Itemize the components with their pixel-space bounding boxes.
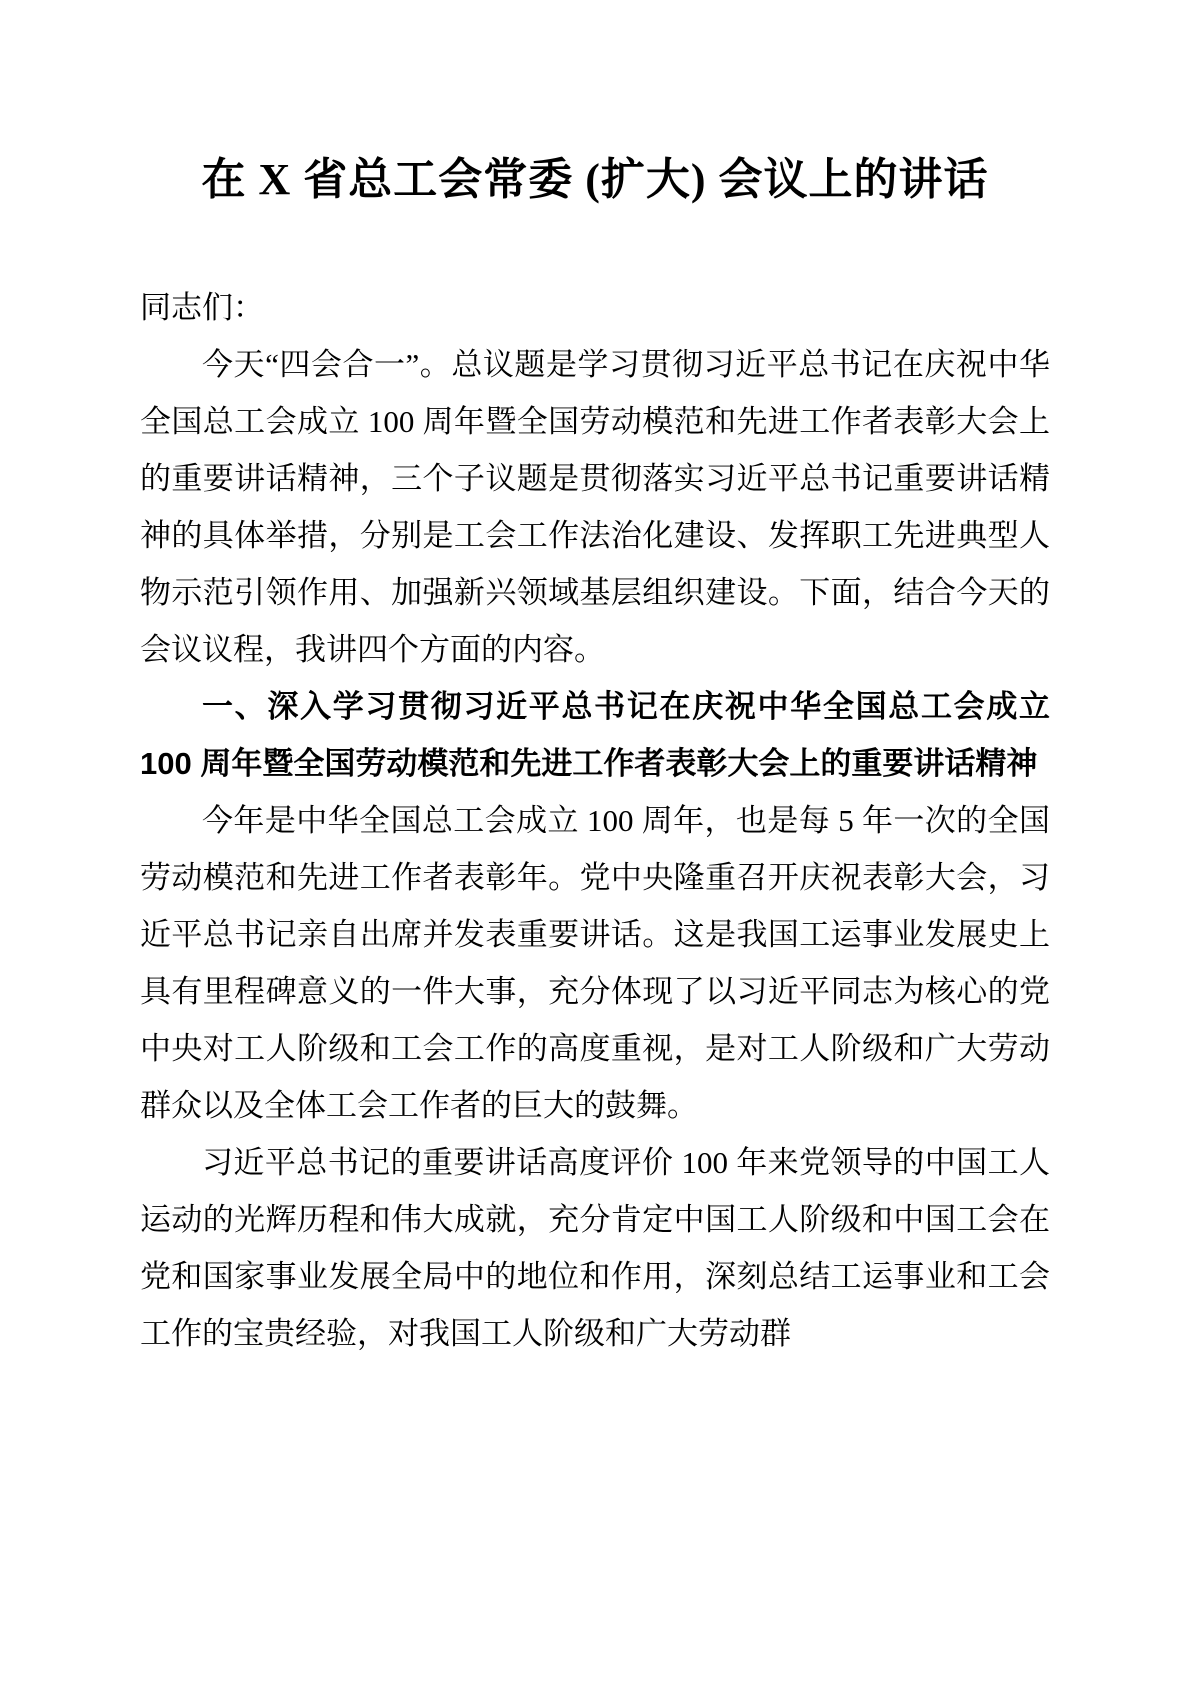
paragraph-3-truncated: 习近平总书记的重要讲话高度评价 100 年来党领导的中国工人运动的光辉历程和伟大… <box>140 1134 1050 1362</box>
document-title: 在 X 省总工会常委 (扩大) 会议上的讲话 <box>140 152 1050 207</box>
salutation: 同志们： <box>140 279 1050 336</box>
document-content: 在 X 省总工会常委 (扩大) 会议上的讲话 同志们： 今天“四会合一”。总议题… <box>0 0 1190 1362</box>
document-body: 同志们： 今天“四会合一”。总议题是学习贯彻习近平总书记在庆祝中华全国总工会成立… <box>140 279 1050 1362</box>
paragraph-2: 今年是中华全国总工会成立 100 周年，也是每 5 年一次的全国劳动模范和先进工… <box>140 792 1050 1134</box>
section-heading-1: 一、深入学习贯彻习近平总书记在庆祝中华全国总工会成立 100 周年暨全国劳动模范… <box>140 678 1050 792</box>
paragraph-intro: 今天“四会合一”。总议题是学习贯彻习近平总书记在庆祝中华全国总工会成立 100 … <box>140 336 1050 678</box>
document-page: 在 X 省总工会常委 (扩大) 会议上的讲话 同志们： 今天“四会合一”。总议题… <box>0 0 1190 1683</box>
